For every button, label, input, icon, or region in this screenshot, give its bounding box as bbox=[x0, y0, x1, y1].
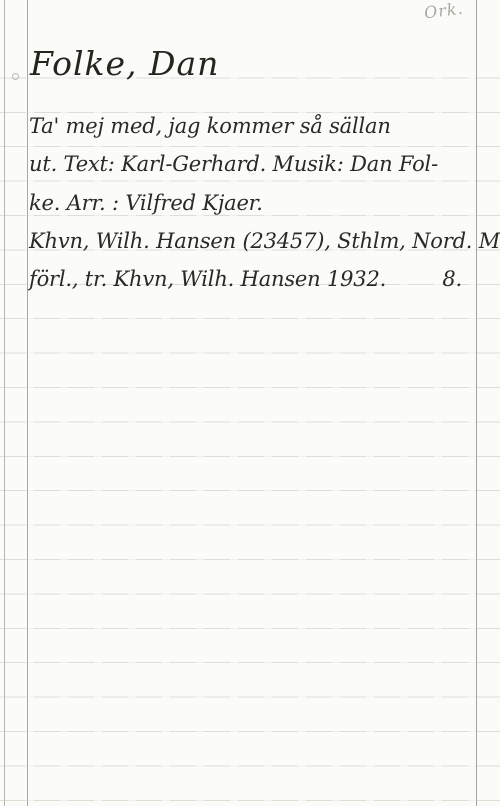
entry-line-title: Ta' mej med, jag kommer så sällan bbox=[29, 107, 478, 145]
edition-number: 8. bbox=[442, 260, 462, 298]
entry-line-credits-1: ut. Text: Karl-Gerhard. Musik: Dan Fol- bbox=[29, 145, 478, 183]
entry-line-publisher-2: förl., tr. Khvn, Wilh. Hansen 1932. 8. bbox=[29, 260, 478, 298]
margin-rule-left bbox=[4, 0, 5, 806]
card-body: Ta' mej med, jag kommer så sällan ut. Te… bbox=[29, 107, 478, 298]
card-left-border bbox=[27, 0, 28, 806]
pencil-corner-note: Ork. bbox=[423, 0, 465, 22]
margin-dot bbox=[12, 73, 19, 80]
catalog-card-scan: Ork. Folke, Dan Ta' mej med, jag kommer … bbox=[0, 0, 500, 806]
publisher-imprint-text: förl., tr. Khvn, Wilh. Hansen 1932. bbox=[29, 260, 386, 298]
entry-line-credits-2: ke. Arr. : Vilfred Kjaer. bbox=[29, 184, 478, 222]
entry-line-publisher-1: Khvn, Wilh. Hansen (23457), Sthlm, Nord.… bbox=[29, 222, 478, 260]
card-heading: Folke, Dan bbox=[30, 44, 219, 84]
